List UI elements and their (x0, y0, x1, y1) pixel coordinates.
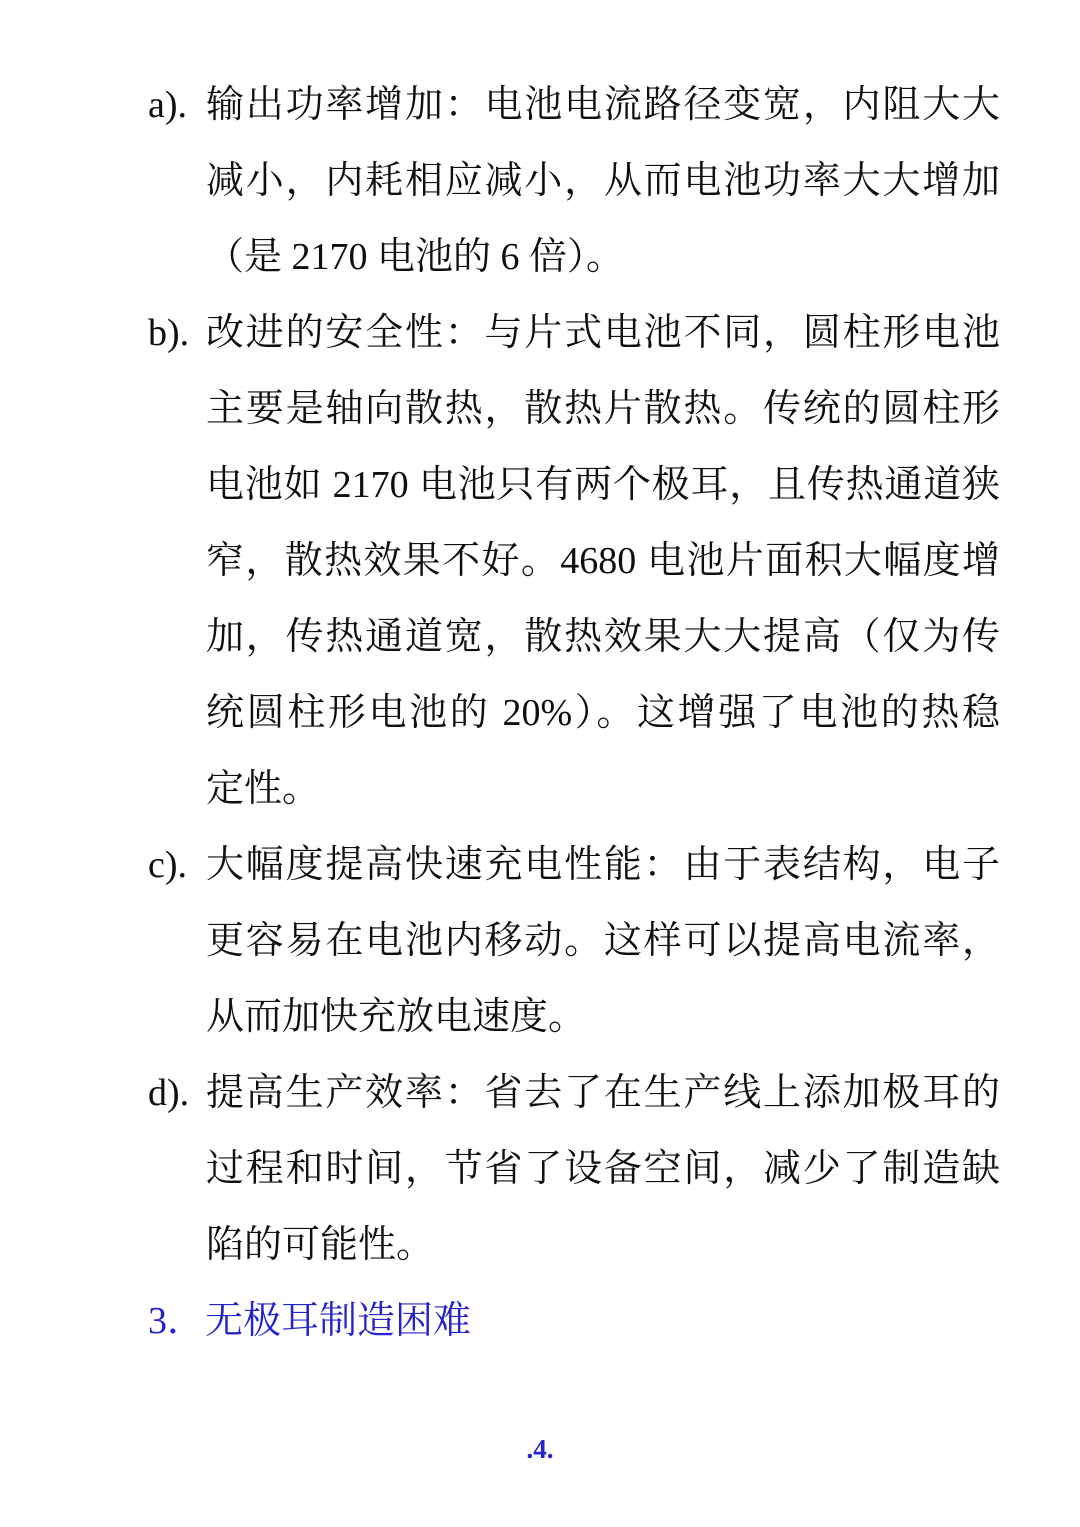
text-line: 过程和时间，节省了设备空间，减少了制造缺 (206, 1131, 1000, 1207)
text-line: 统圆柱形电池的 20%）。这增强了电池的热稳 (206, 675, 1000, 751)
list-marker: b). (148, 295, 189, 371)
text-line: 电池如 2170 电池只有两个极耳，且传热通道狭 (206, 447, 1000, 523)
text-line: 定性。 (206, 751, 1000, 827)
text-line: 大幅度提高快速充电性能：由于表结构，电子 (206, 827, 1000, 903)
text-line: （是 2170 电池的 6 倍）。 (206, 219, 1000, 295)
list-item-c: c). 大幅度提高快速充电性能：由于表结构，电子 更容易在电池内移动。这样可以提… (206, 827, 1000, 1055)
section-heading: 3．无极耳制造困难 (148, 1283, 1000, 1359)
text-line: 从而加快充放电速度。 (206, 979, 1000, 1055)
list-item-b: b). 改进的安全性：与片式电池不同，圆柱形电池 主要是轴向散热，散热片散热。传… (206, 295, 1000, 827)
text-line: 陷的可能性。 (206, 1207, 1000, 1283)
text-line: 更容易在电池内移动。这样可以提高电流率， (206, 903, 1000, 979)
page-number: .4. (0, 1432, 1080, 1466)
list-marker: c). (148, 827, 187, 903)
list-item-a: a). 输出功率增加：电池电流路径变宽，内阻大大 减小，内耗相应减小，从而电池功… (206, 67, 1000, 295)
document-page: a). 输出功率增加：电池电流路径变宽，内阻大大 减小，内耗相应减小，从而电池功… (0, 0, 1080, 1527)
text-line: 提高生产效率：省去了在生产线上添加极耳的 (206, 1055, 1000, 1131)
list-marker: a). (148, 67, 187, 143)
list-marker: d). (148, 1055, 189, 1131)
list-item-d: d). 提高生产效率：省去了在生产线上添加极耳的 过程和时间，节省了设备空间，减… (206, 1055, 1000, 1283)
text-line: 加，传热通道宽，散热效果大大提高（仅为传 (206, 599, 1000, 675)
text-line: 窄，散热效果不好。4680 电池片面积大幅度增 (206, 523, 1000, 599)
text-line: 输出功率增加：电池电流路径变宽，内阻大大 (206, 67, 1000, 143)
text-line: 主要是轴向散热，散热片散热。传统的圆柱形 (206, 371, 1000, 447)
text-line: 减小，内耗相应减小，从而电池功率大大增加 (206, 143, 1000, 219)
text-line: 改进的安全性：与片式电池不同，圆柱形电池 (206, 295, 1000, 371)
